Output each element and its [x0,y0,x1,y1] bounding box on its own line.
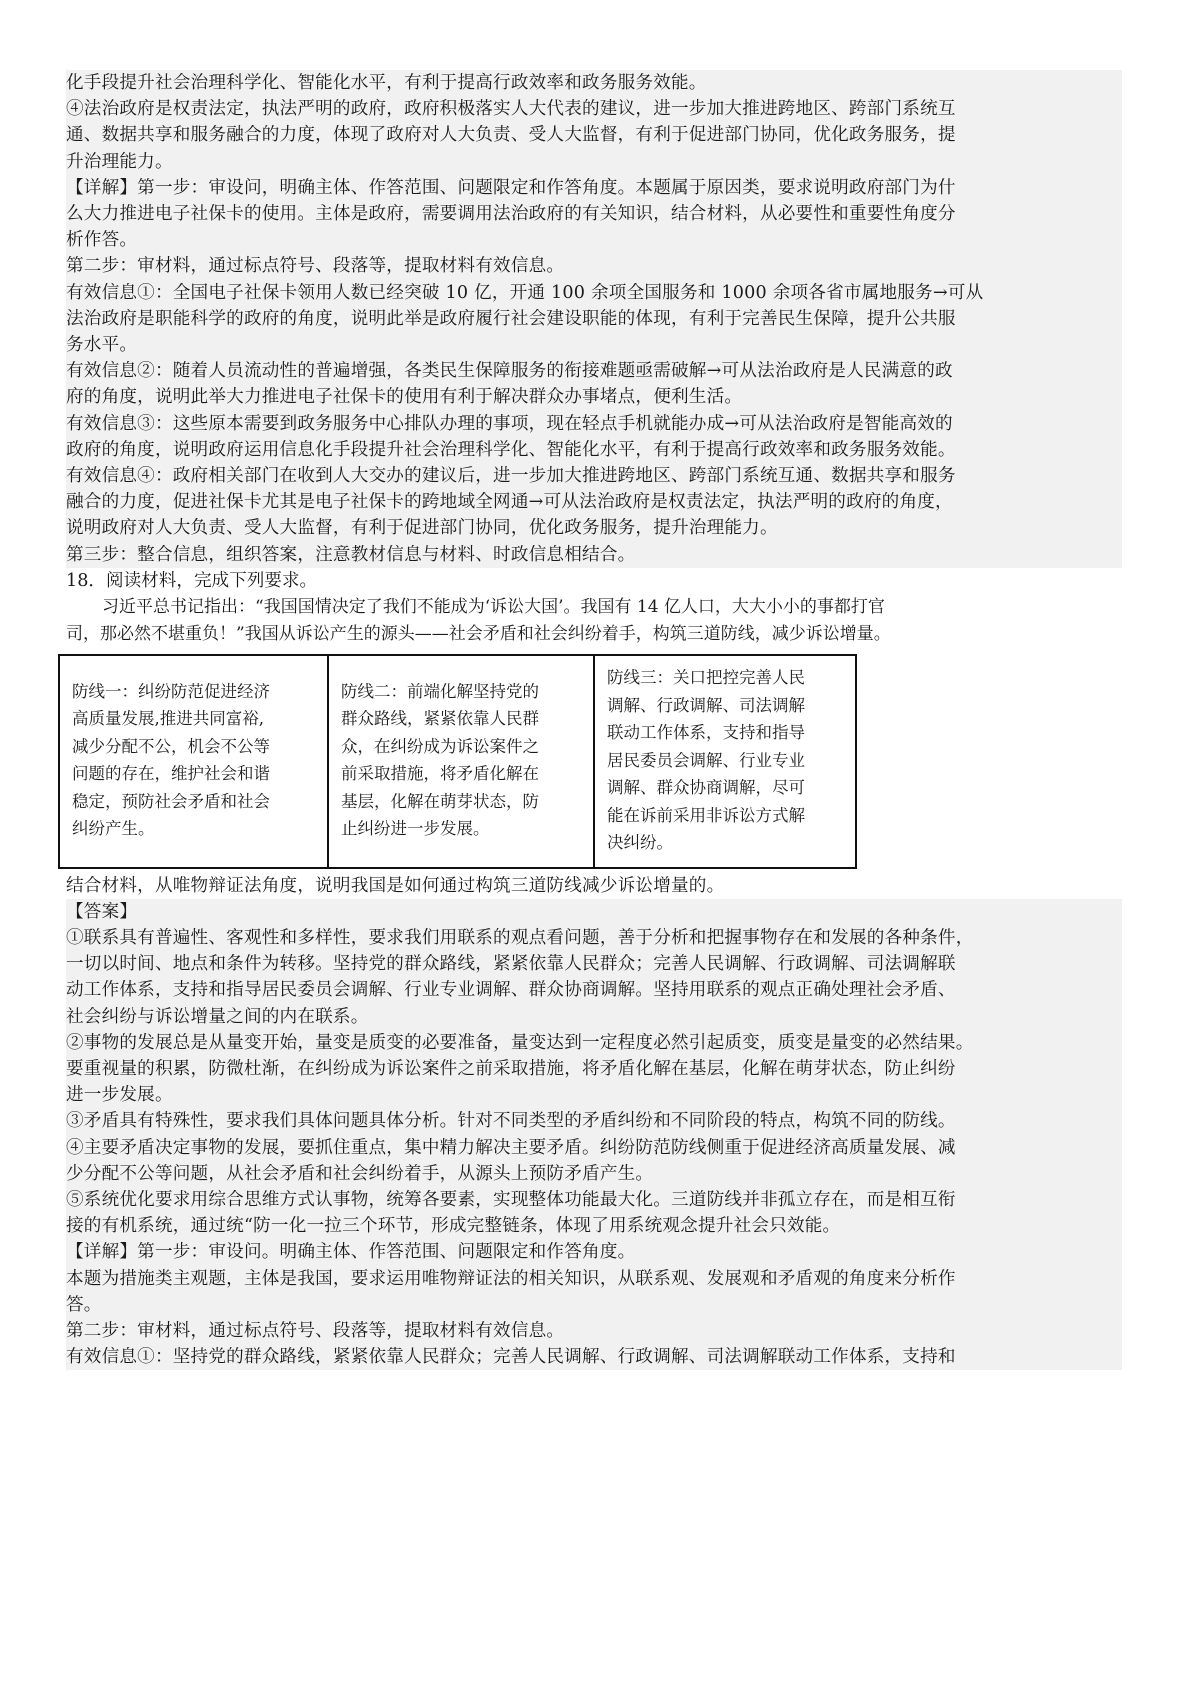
answer-18: 【答案】 ①联系具有普遍性、客观性和多样性，要求我们用联系的观点看问题，善于分析… [66,899,1122,1371]
defense-line-1-cell: 防线一：纠纷防范促进经济 高质量发展,推进共同富裕, 减少分配不公，机会不公等 … [59,655,328,868]
text-line: 接的有机系统，通过统“防一化一拉三个环节，形成完整链条，体现了用系统观念提升社会… [66,1213,1122,1239]
cell-text: 防线一：纠纷防范促进经济 [72,678,317,706]
three-defense-lines-table: 防线一：纠纷防范促进经济 高质量发展,推进共同富裕, 减少分配不公，机会不公等 … [58,654,857,869]
text-line: 一切以时间、地点和条件为转移。坚持党的群众路线，紧紧依靠人民群众；完善人民调解、… [66,951,1122,977]
cell-text: 稳定，预防社会矛盾和社会 [72,788,317,816]
text-line: 化手段提升社会治理科学化、智能化水平，有利于提高行政效率和政务服务效能。 [66,70,1122,96]
cell-text: 能在诉前采用非诉讼方式解 [607,802,845,830]
previous-detail-explanation: 【详解】第一步：审设问，明确主体、作答范围、问题限定和作答角度。本题属于原因类，… [66,175,1122,568]
document-page: 化手段提升社会治理科学化、智能化水平，有利于提高行政效率和政务服务效能。 ④法治… [66,70,1122,1370]
text-line: 动工作体系，支持和指导居民委员会调解、行业专业调解、群众协商调解。坚持用联系的观… [66,977,1122,1003]
text-line: 政府的角度，说明政府运用信息化手段提升社会治理科学化、智能化水平，有利于提高行政… [66,437,1122,463]
text-line: 融合的力度，促进社保卡尤其是电子社保卡的跨地域全网通→可从法治政府是权责法定，执… [66,489,1122,515]
text-line: 通、数据共享和服务融合的力度，体现了政府对人大负责、受人大监督，有利于促进部门协… [66,122,1122,148]
text-line: ④法治政府是权责法定，执法严明的政府，政府积极落实人大代表的建议，进一步加大推进… [66,96,1122,122]
text-line: 【详解】第一步：审设问，明确主体、作答范围、问题限定和作答角度。本题属于原因类，… [66,175,1122,201]
text-line: 升治理能力。 [66,149,1122,175]
text-line: 有效信息①：全国电子社保卡领用人数已经突破 10 亿，开通 100 余项全国服务… [66,280,1122,306]
cell-text: 调解、群众协商调解，尽可 [607,774,845,802]
text-line: ④主要矛盾决定事物的发展，要抓住重点，集中精力解决主要矛盾。纠纷防范防线侧重于促… [66,1135,1122,1161]
text-line: 第三步：整合信息，组织答案，注意教材信息与材料、时政信息相结合。 [66,542,1122,568]
cell-text: 前采取措施，将矛盾化解在 [341,760,583,788]
text-line: ⑤系统优化要求用综合思维方式认事物，统筹各要素，实现整体功能最大化。三道防线并非… [66,1187,1122,1213]
text-line: 说明政府对人大负责、受人大监督，有利于促进部门协同，优化政务服务，提升治理能力。 [66,515,1122,541]
cell-text: 减少分配不公，机会不公等 [72,733,317,761]
cell-text: 纠纷产生。 [72,815,317,843]
cell-text: 决纠纷。 [607,829,845,857]
quote-line: 司，那必然不堪重负！”我国从诉讼产生的源头——社会矛盾和社会纠纷着手，构筑三道防… [66,621,1122,648]
question-18: 18．阅读材料，完成下列要求。 习近平总书记指出：“我国国情决定了我们不能成为‘… [66,568,1122,899]
answer-heading: 【答案】 [66,899,1122,925]
text-line: ③矛盾具有特殊性，要求我们具体问题具体分析。针对不同类型的矛盾纠纷和不同阶段的特… [66,1108,1122,1134]
text-line: 答。 [66,1292,1122,1318]
cell-text: 问题的存在，维护社会和谐 [72,760,317,788]
text-line: 务水平。 [66,332,1122,358]
defense-line-2-cell: 防线二：前端化解坚持党的 群众路线，紧紧依靠人民群 众，在纠纷成为诉讼案件之 前… [328,655,594,868]
cell-text: 居民委员会调解、行业专业 [607,747,845,775]
text-line: 少分配不公等问题，从社会矛盾和社会纠纷着手，从源头上预防矛盾产生。 [66,1161,1122,1187]
text-line: 有效信息④：政府相关部门在收到人大交办的建议后，进一步加大推进跨地区、跨部门系统… [66,463,1122,489]
cell-text: 防线三：关口把控完善人民 [607,664,845,692]
text-line: ①联系具有普遍性、客观性和多样性，要求我们用联系的观点看问题，善于分析和把握事物… [66,925,1122,951]
cell-text: 止纠纷进一步发展。 [341,815,583,843]
cell-text: 联动工作体系，支持和指导 [607,719,845,747]
cell-text: 群众路线，紧紧依靠人民群 [341,705,583,733]
detail-heading: 【详解】第一步：审设问。明确主体、作答范围、问题限定和作答角度。 [66,1239,1122,1265]
text-line: 进一步发展。 [66,1082,1122,1108]
text-line: 么大力推进电子社保卡的使用。主体是政府，需要调用法治政府的有关知识，结合材料，从… [66,201,1122,227]
text-line: 本题为措施类主观题，主体是我国，要求运用唯物辩证法的相关知识，从联系观、发展观和… [66,1266,1122,1292]
cell-text: 基层，化解在萌芽状态，防 [341,788,583,816]
cell-text: 高质量发展,推进共同富裕, [72,705,317,733]
text-line: 析作答。 [66,227,1122,253]
text-line: 社会纠纷与诉讼增量之间的内在联系。 [66,1004,1122,1030]
quote-line: 习近平总书记指出：“我国国情决定了我们不能成为‘诉讼大国’。我国有 14 亿人口… [66,594,1122,621]
cell-text: 调解、行政调解、司法调解 [607,692,845,720]
question-title: 18．阅读材料，完成下列要求。 [66,568,1122,594]
defense-line-3-cell: 防线三：关口把控完善人民 调解、行政调解、司法调解 联动工作体系，支持和指导 居… [594,655,856,868]
text-line: 法治政府是职能科学的政府的角度，说明此举是政府履行社会建设职能的体现，有利于完善… [66,306,1122,332]
question-prompt: 结合材料，从唯物辩证法角度，说明我国是如何通过构筑三道防线减少诉讼增量的。 [66,873,1122,899]
text-line: 府的角度，说明此举大力推进电子社保卡的使用有利于解决群众办事堵点，便利生活。 [66,384,1122,410]
text-line: 有效信息②：随着人员流动性的普遍增强，各类民生保障服务的衔接难题亟需破解→可从法… [66,358,1122,384]
text-line: 要重视量的积累，防微杜渐，在纠纷成为诉讼案件之前采取措施，将矛盾化解在基层，化解… [66,1056,1122,1082]
text-line: 有效信息③：这些原本需要到政务服务中心排队办理的事项，现在轻点手机就能办成→可从… [66,411,1122,437]
text-line: 第二步：审材料，通过标点符号、段落等，提取材料有效信息。 [66,1318,1122,1344]
cell-text: 众，在纠纷成为诉讼案件之 [341,733,583,761]
text-line: 有效信息①：坚持党的群众路线，紧紧依靠人民群众；完善人民调解、行政调解、司法调解… [66,1344,1122,1370]
previous-answer-tail: 化手段提升社会治理科学化、智能化水平，有利于提高行政效率和政务服务效能。 ④法治… [66,70,1122,175]
text-line: ②事物的发展总是从量变开始，量变是质变的必要准备，量变达到一定程度必然引起质变，… [66,1030,1122,1056]
cell-text: 防线二：前端化解坚持党的 [341,678,583,706]
text-line: 第二步：审材料，通过标点符号、段落等，提取材料有效信息。 [66,253,1122,279]
